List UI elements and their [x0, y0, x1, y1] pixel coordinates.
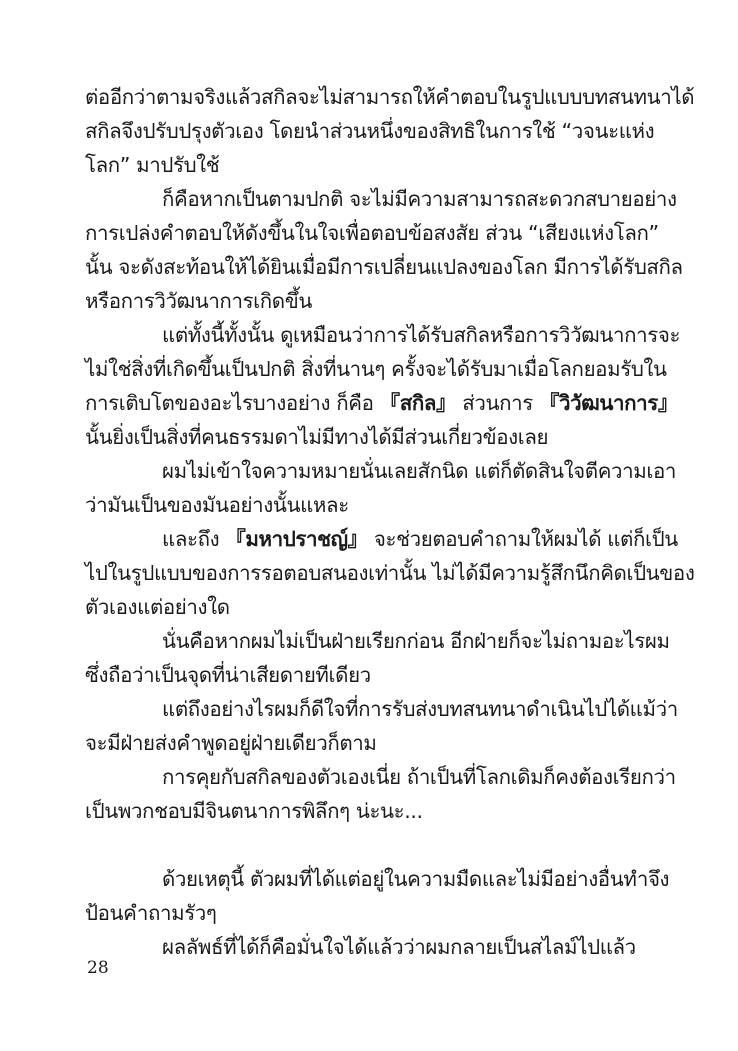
- text-line: จะมีฝ่ายส่งคำพูดอยู่ฝ่ายเดียวก็ตาม: [85, 726, 652, 760]
- text-segment: ส่วนการ: [456, 391, 539, 415]
- text-line: สกิลจึงปรับปรุงตัวเอง โดยนำส่วนหนึ่งของส…: [85, 114, 652, 148]
- text-line: การเปล่งคำตอบให้ดังขึ้นในใจเพื่อตอบข้อสง…: [85, 216, 652, 250]
- great-sage-term: 『มหาปราชญ์』: [225, 527, 367, 551]
- text-segment: การเติบโตของอะไรบางอย่าง ก็คือ: [85, 391, 380, 415]
- section-break: [85, 828, 652, 862]
- text-line: แต่ถึงอย่างไรผมก็ดีใจที่การรับส่งบทสนทนา…: [85, 692, 652, 726]
- skill-term: 『สกิล』: [380, 391, 457, 415]
- text-line: การเติบโตของอะไรบางอย่าง ก็คือ 『สกิล』 ส่…: [85, 386, 652, 420]
- text-line: ผลลัพธ์ที่ได้ก็คือมั่นใจได้แล้วว่าผมกลาย…: [85, 930, 652, 964]
- page-number: 28: [87, 958, 109, 978]
- text-line: นั้น จะดังสะท้อนให้ได้ยินเมื่อมีการเปลี่…: [85, 250, 652, 284]
- text-line: ต่ออีกว่าตามจริงแล้วสกิลจะไม่สามารถให้คำ…: [85, 80, 652, 114]
- text-line: ด้วยเหตุนี้ ตัวผมที่ได้แต่อยู่ในความมืดแ…: [85, 862, 652, 896]
- text-line: ตัวเองแต่อย่างใด: [85, 590, 652, 624]
- text-line: ซึ่งถือว่าเป็นจุดที่น่าเสียดายทีเดียว: [85, 658, 652, 692]
- text-line: ว่ามันเป็นของมันอย่างนั้นแหละ: [85, 488, 652, 522]
- text-segment: จะช่วยตอบคำถามให้ผมได้ แต่ก็เป็น: [368, 527, 678, 551]
- text-line: นั่นคือหากผมไม่เป็นฝ่ายเรียกก่อน อีกฝ่าย…: [85, 624, 652, 658]
- text-line: หรือการวิวัฒนาการเกิดขึ้น: [85, 284, 652, 318]
- text-segment: และถึง: [162, 527, 225, 551]
- text-line: นั้นยิ่งเป็นสิ่งที่คนธรรมดาไม่มีทางได้มี…: [85, 420, 652, 454]
- book-page-body: ต่ออีกว่าตามจริงแล้วสกิลจะไม่สามารถให้คำ…: [85, 80, 652, 964]
- evolution-term: 『วิวัฒนาการ』: [539, 391, 678, 415]
- text-line: โลก” มาปรับใช้: [85, 148, 652, 182]
- text-line: และถึง 『มหาปราชญ์』 จะช่วยตอบคำถามให้ผมได…: [85, 522, 652, 556]
- text-line: ผมไม่เข้าใจความหมายนั่นเลยสักนิด แต่ก็ตั…: [85, 454, 652, 488]
- text-line: ไปในรูปแบบของการรอตอบสนองเท่านั้น ไม่ได้…: [85, 556, 652, 590]
- text-line: ป้อนคำถามรัวๆ: [85, 896, 652, 930]
- text-line: เป็นพวกชอบมีจินตนาการพิลึกๆ น่ะนะ...: [85, 794, 652, 828]
- text-line: ก็คือหากเป็นตามปกติ จะไม่มีความสามารถสะด…: [85, 182, 652, 216]
- text-line: การคุยกับสกิลของตัวเองเนี่ย ถ้าเป็นที่โล…: [85, 760, 652, 794]
- text-line: แต่ทั้งนี้ทั้งนั้น ดูเหมือนว่าการได้รับส…: [85, 318, 652, 352]
- text-line: ไม่ใช่สิ่งที่เกิดขึ้นเป็นปกติ สิ่งที่นาน…: [85, 352, 652, 386]
